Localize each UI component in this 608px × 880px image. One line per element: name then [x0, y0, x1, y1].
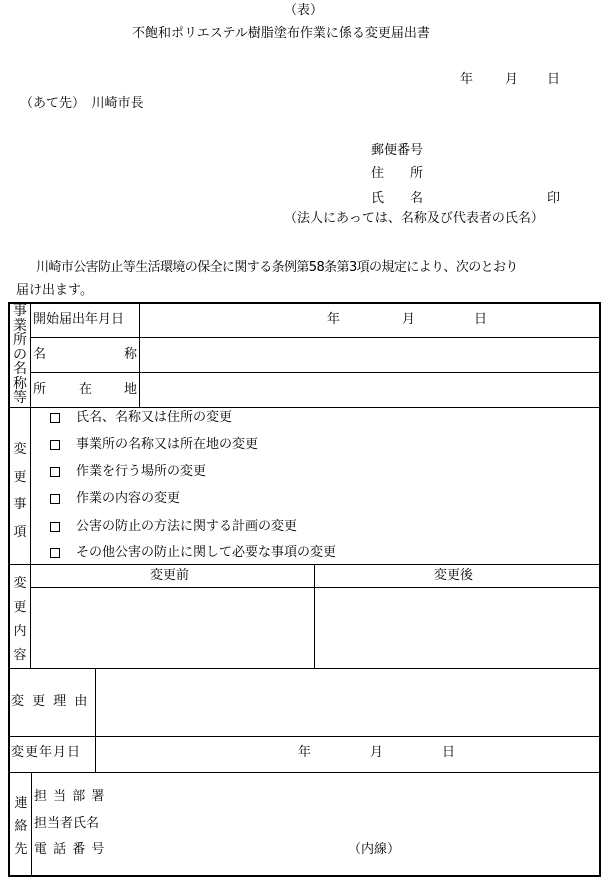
phone-label: 電 話 番 号: [34, 843, 105, 856]
change-date-field[interactable]: 年 月 日: [96, 737, 599, 772]
facility-location-label-right: 地: [124, 383, 137, 396]
person-field[interactable]: [120, 813, 590, 833]
facility-location-label-mid: 在: [79, 383, 92, 396]
department-label: 担 当 部 署: [34, 790, 105, 803]
checkbox[interactable]: [50, 413, 60, 423]
start-date-field[interactable]: 年 月 日: [140, 303, 599, 337]
form-label: （表）: [284, 4, 323, 17]
facility-location-label-left: 所: [33, 383, 46, 396]
facility-name-label-left: 名: [33, 348, 46, 361]
change-date-month: 月: [370, 746, 383, 759]
change-date-day: 日: [442, 746, 455, 759]
change-items-label: 変 更 事 項: [12, 436, 28, 546]
start-date-year: 年: [327, 313, 340, 326]
facility-section-label: 事 業 所 の 名 称 等: [12, 304, 28, 406]
department-field[interactable]: [120, 786, 590, 806]
facility-name-field[interactable]: [140, 338, 599, 372]
corporate-note: （法人にあっては、名称及び代表者の氏名）: [284, 212, 544, 225]
checkbox[interactable]: [50, 440, 60, 450]
before-content-field[interactable]: [31, 588, 314, 668]
change-item-label: その他公害の防止に関して必要な事項の変更: [76, 546, 336, 559]
seal-label: 印: [547, 192, 560, 205]
person-label: 担当者氏名: [34, 817, 99, 830]
intro-line-1: 川崎市公害防止等生活環境の保全に関する条例第58条第3項の規定により、次のとおり: [36, 261, 518, 274]
after-content-field[interactable]: [315, 588, 599, 668]
checkbox[interactable]: [50, 494, 60, 504]
change-reason-field[interactable]: [96, 669, 599, 736]
change-date-year: 年: [298, 746, 311, 759]
submission-day: 日: [547, 73, 560, 86]
facility-location-field[interactable]: [140, 373, 599, 407]
checkbox[interactable]: [50, 467, 60, 477]
postal-code-label: 郵便番号: [371, 144, 423, 157]
name-label: 氏 名: [371, 192, 423, 205]
start-date-day: 日: [474, 313, 487, 326]
start-date-month: 月: [402, 313, 415, 326]
change-item-label: 公害の防止の方法に関する計画の変更: [76, 520, 297, 533]
change-content-label: 変 更 内 容: [12, 572, 28, 668]
before-header: 変更前: [150, 569, 189, 582]
facility-name-label-right: 称: [124, 348, 137, 361]
address-label: 住 所: [371, 167, 423, 180]
page-title: 不飽和ポリエステル樹脂塗布作業に係る変更届出書: [132, 27, 430, 40]
change-reason-label: 変 更 理 由: [11, 695, 89, 708]
change-item-label: 作業を行う場所の変更: [76, 465, 206, 478]
submission-month: 月: [505, 73, 518, 86]
addressee: （あて先） 川崎市長: [20, 97, 144, 110]
extension-label: （内線）: [348, 843, 400, 856]
change-item-label: 事業所の名称又は所在地の変更: [76, 438, 258, 451]
start-date-label: 開始届出年月日: [33, 313, 124, 326]
contact-label: 連 絡 先: [12, 792, 30, 861]
intro-line-2: 届け出ます。: [16, 284, 93, 297]
phone-field[interactable]: [120, 839, 340, 859]
change-date-label: 変更年月日: [11, 746, 81, 759]
change-item-label: 作業の内容の変更: [76, 492, 180, 505]
checkbox[interactable]: [50, 522, 60, 532]
after-header: 変更後: [434, 569, 473, 582]
change-item-label: 氏名、名称又は住所の変更: [76, 411, 232, 424]
submission-year: 年: [460, 73, 473, 86]
checkbox[interactable]: [50, 548, 60, 558]
